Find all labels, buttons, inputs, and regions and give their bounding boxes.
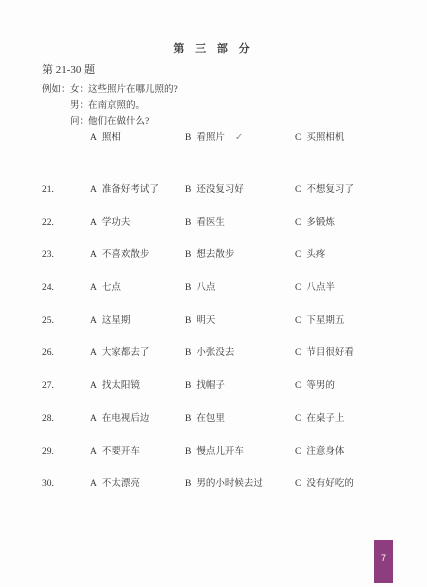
option-cell: B八点: [185, 282, 295, 295]
option-letter: C: [295, 249, 301, 262]
option-text: 不喜欢散步: [102, 250, 150, 260]
option-text: 注意身体: [306, 447, 344, 457]
option-letter: B: [185, 380, 191, 393]
question-number: 23.: [42, 249, 90, 262]
option-text: 不太漂亮: [102, 479, 140, 489]
option-text: 在桌子上: [306, 414, 344, 424]
example-dialogue-line: 问： 他们在做什么?: [42, 114, 178, 130]
option-cell: B在包里: [185, 413, 295, 426]
option-text: 男的小时候去过: [196, 479, 263, 489]
question-row: 21. A准备好考试了 B还没复习好 C不想复习了: [42, 184, 427, 217]
example-option-a: A照相: [90, 131, 185, 145]
question-number: 21.: [42, 184, 90, 197]
option-text: 买照相机: [306, 133, 344, 143]
example-dialogue-line: 男： 在南京照的。: [42, 98, 178, 114]
option-text: 照相: [102, 133, 121, 143]
question-number: 30.: [42, 478, 90, 491]
option-letter: B: [185, 446, 191, 459]
example-dialogue-text: 这些照片在哪儿照的?: [88, 82, 178, 98]
question-number: 22.: [42, 217, 90, 230]
option-cell: C下星期五: [295, 315, 427, 328]
option-letter: C: [295, 413, 301, 426]
question-row: 25. A这星期 B明天 C下星期五: [42, 315, 427, 348]
question-row: 30. A不太漂亮 B男的小时候去过 C没有好吃的: [42, 478, 427, 511]
option-cell: B想去散步: [185, 249, 295, 262]
questions-list: 21. A准备好考试了 B还没复习好 C不想复习了 22. A学功夫 B看医生 …: [42, 184, 427, 511]
option-letter: C: [295, 315, 301, 328]
question-number: 29.: [42, 446, 90, 459]
option-cell: C等男的: [295, 380, 427, 393]
option-letter: A: [90, 249, 97, 262]
option-cell: B小张没去: [185, 347, 295, 360]
example-speaker: 女：: [70, 82, 88, 98]
option-cell: B慢点儿开车: [185, 446, 295, 459]
option-text: 头疼: [306, 250, 325, 260]
option-cell: B明天: [185, 315, 295, 328]
option-cell: C节目很好看: [295, 347, 427, 360]
example-speaker: 男：: [70, 98, 88, 114]
option-letter: C: [295, 446, 301, 459]
option-letter: B: [185, 282, 191, 295]
question-row: 29. A不要开车 B慢点儿开车 C注意身体: [42, 446, 427, 479]
option-text: 小张没去: [196, 348, 234, 358]
example-dialogue-text: 在南京照的。: [88, 98, 145, 114]
question-number: 28.: [42, 413, 90, 426]
option-cell: B还没复习好: [185, 184, 295, 197]
option-text: 下星期五: [306, 316, 344, 326]
option-text: 没有好吃的: [306, 479, 354, 489]
question-range-title: 第 21-30 题: [42, 61, 95, 77]
option-letter: A: [90, 380, 97, 393]
option-letter: B: [185, 347, 191, 360]
option-letter: B: [185, 249, 191, 262]
option-letter: A: [90, 282, 97, 295]
option-letter: C: [295, 347, 301, 360]
example-dialogue-text: 他们在做什么?: [88, 114, 149, 130]
question-row: 23. A不喜欢散步 B想去散步 C头疼: [42, 249, 427, 282]
option-letter: B: [185, 413, 191, 426]
option-text: 看医生: [196, 218, 225, 228]
option-cell: C注意身体: [295, 446, 427, 459]
option-letter: A: [90, 184, 97, 197]
option-text: 大家都去了: [102, 348, 150, 358]
option-cell: A大家都去了: [90, 347, 185, 360]
option-letter: C: [295, 184, 301, 197]
option-text: 慢点儿开车: [196, 447, 244, 457]
option-text: 在电视后边: [102, 414, 150, 424]
option-text: 明天: [196, 316, 215, 326]
question-row: 27. A找太阳镜 B找帽子 C等男的: [42, 380, 427, 413]
example-option-b: B看照片✓: [185, 131, 295, 145]
example-option-c: C买照相机: [295, 131, 427, 145]
question-number: 26.: [42, 347, 90, 360]
option-cell: C头疼: [295, 249, 427, 262]
option-letter: C: [295, 131, 301, 145]
question-number: 24.: [42, 282, 90, 295]
example-speaker: 问：: [70, 114, 88, 130]
option-letter: A: [90, 413, 97, 426]
option-letter: A: [90, 347, 97, 360]
option-letter: B: [185, 478, 191, 491]
section-title: 第 三 部 分: [0, 40, 427, 56]
question-row: 26. A大家都去了 B小张没去 C节目很好看: [42, 347, 427, 380]
example-block: 例如： 女： 这些照片在哪儿照的? 男： 在南京照的。 问： 他们在做什么?: [42, 82, 178, 130]
option-cell: C没有好吃的: [295, 478, 427, 491]
option-letter: B: [185, 315, 191, 328]
option-cell: A学功夫: [90, 217, 185, 230]
option-text: 不要开车: [102, 447, 140, 457]
option-text: 想去散步: [196, 250, 234, 260]
question-number: 25.: [42, 315, 90, 328]
option-text: 等男的: [306, 381, 335, 391]
option-letter: A: [90, 131, 97, 145]
option-cell: A不要开车: [90, 446, 185, 459]
example-options-row: A照相 B看照片✓ C买照相机: [90, 131, 427, 145]
option-cell: B找帽子: [185, 380, 295, 393]
option-letter: C: [295, 282, 301, 295]
option-text: 不想复习了: [306, 185, 354, 195]
option-text: 八点半: [306, 283, 335, 293]
option-text: 这星期: [102, 316, 131, 326]
question-row: 24. A七点 B八点 C八点半: [42, 282, 427, 315]
option-text: 多锻炼: [306, 218, 335, 228]
option-cell: A七点: [90, 282, 185, 295]
option-text: 找太阳镜: [102, 381, 140, 391]
option-cell: C在桌子上: [295, 413, 427, 426]
option-letter: A: [90, 315, 97, 328]
page-number-badge: 7: [374, 540, 393, 583]
option-text: 八点: [196, 283, 215, 293]
option-cell: C八点半: [295, 282, 427, 295]
option-text: 看照片: [196, 133, 225, 143]
option-cell: C不想复习了: [295, 184, 427, 197]
option-cell: B男的小时候去过: [185, 478, 295, 491]
option-cell: B看医生: [185, 217, 295, 230]
option-letter: A: [90, 478, 97, 491]
question-number: 27.: [42, 380, 90, 393]
option-cell: A在电视后边: [90, 413, 185, 426]
checkmark-icon: ✓: [235, 131, 243, 145]
option-text: 找帽子: [196, 381, 225, 391]
option-text: 节目很好看: [306, 348, 354, 358]
question-row: 28. A在电视后边 B在包里 C在桌子上: [42, 413, 427, 446]
option-text: 在包里: [196, 414, 225, 424]
option-letter: C: [295, 380, 301, 393]
option-cell: A不喜欢散步: [90, 249, 185, 262]
option-letter: C: [295, 478, 301, 491]
option-text: 七点: [102, 283, 121, 293]
document-page: 第 三 部 分 第 21-30 题 例如： 女： 这些照片在哪儿照的? 男： 在…: [0, 0, 427, 587]
option-text: 还没复习好: [196, 185, 244, 195]
option-letter: B: [185, 184, 191, 197]
example-label: 例如：: [42, 82, 70, 98]
option-letter: B: [185, 131, 191, 145]
option-cell: A这星期: [90, 315, 185, 328]
option-cell: C多锻炼: [295, 217, 427, 230]
page-number: 7: [381, 553, 386, 563]
example-dialogue-line: 例如： 女： 这些照片在哪儿照的?: [42, 82, 178, 98]
option-cell: A不太漂亮: [90, 478, 185, 491]
option-text: 准备好考试了: [102, 185, 159, 195]
option-cell: A找太阳镜: [90, 380, 185, 393]
question-row: 22. A学功夫 B看医生 C多锻炼: [42, 217, 427, 250]
option-text: 学功夫: [102, 218, 131, 228]
option-letter: A: [90, 446, 97, 459]
option-letter: C: [295, 217, 301, 230]
option-letter: B: [185, 217, 191, 230]
option-letter: A: [90, 217, 97, 230]
option-cell: A准备好考试了: [90, 184, 185, 197]
